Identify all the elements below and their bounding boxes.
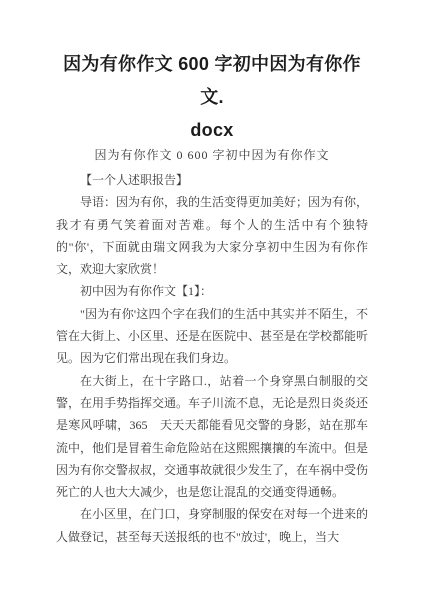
document-subtitle: 因为有你作文 0 600 字初中因为有你作文 xyxy=(56,147,368,163)
document-page: 因为有你作文 600 字初中因为有你作文. docx 因为有你作文 0 600 … xyxy=(0,0,423,600)
document-title-line1: 因为有你作文 600 字初中因为有你作文. xyxy=(56,48,368,114)
document-title: 因为有你作文 600 字初中因为有你作文. docx xyxy=(56,48,368,147)
document-title-line2: docx xyxy=(56,114,368,147)
body-paragraph-essay-heading: 初中因为有你作文【1】： xyxy=(56,280,368,302)
body-paragraph-traffic-police: 在大街上，在十字路口.，站着一个身穿黑白制服的交警，在用手势指挥交通。车子川流不… xyxy=(56,370,368,504)
body-paragraph-security-guard: 在小区里，在门口，身穿制服的保安在对每一个进来的人做登记，甚至每天送报纸的也不"… xyxy=(56,503,368,548)
body-paragraph-report-header: 【一个人述职报告】 xyxy=(56,169,368,191)
document-body: 【一个人述职报告】 导语：因为有你，我的生活变得更加美好；因为有你，我才有勇气笑… xyxy=(56,169,368,548)
body-paragraph-essay-opening: "因为有你'这四个字在我们的生活中其实并不陌生，不管在大街上、小区里、还是在医院… xyxy=(56,303,368,370)
body-paragraph-intro: 导语：因为有你，我的生活变得更加美好；因为有你，我才有勇气笑着面对苦难。每个人的… xyxy=(56,191,368,280)
